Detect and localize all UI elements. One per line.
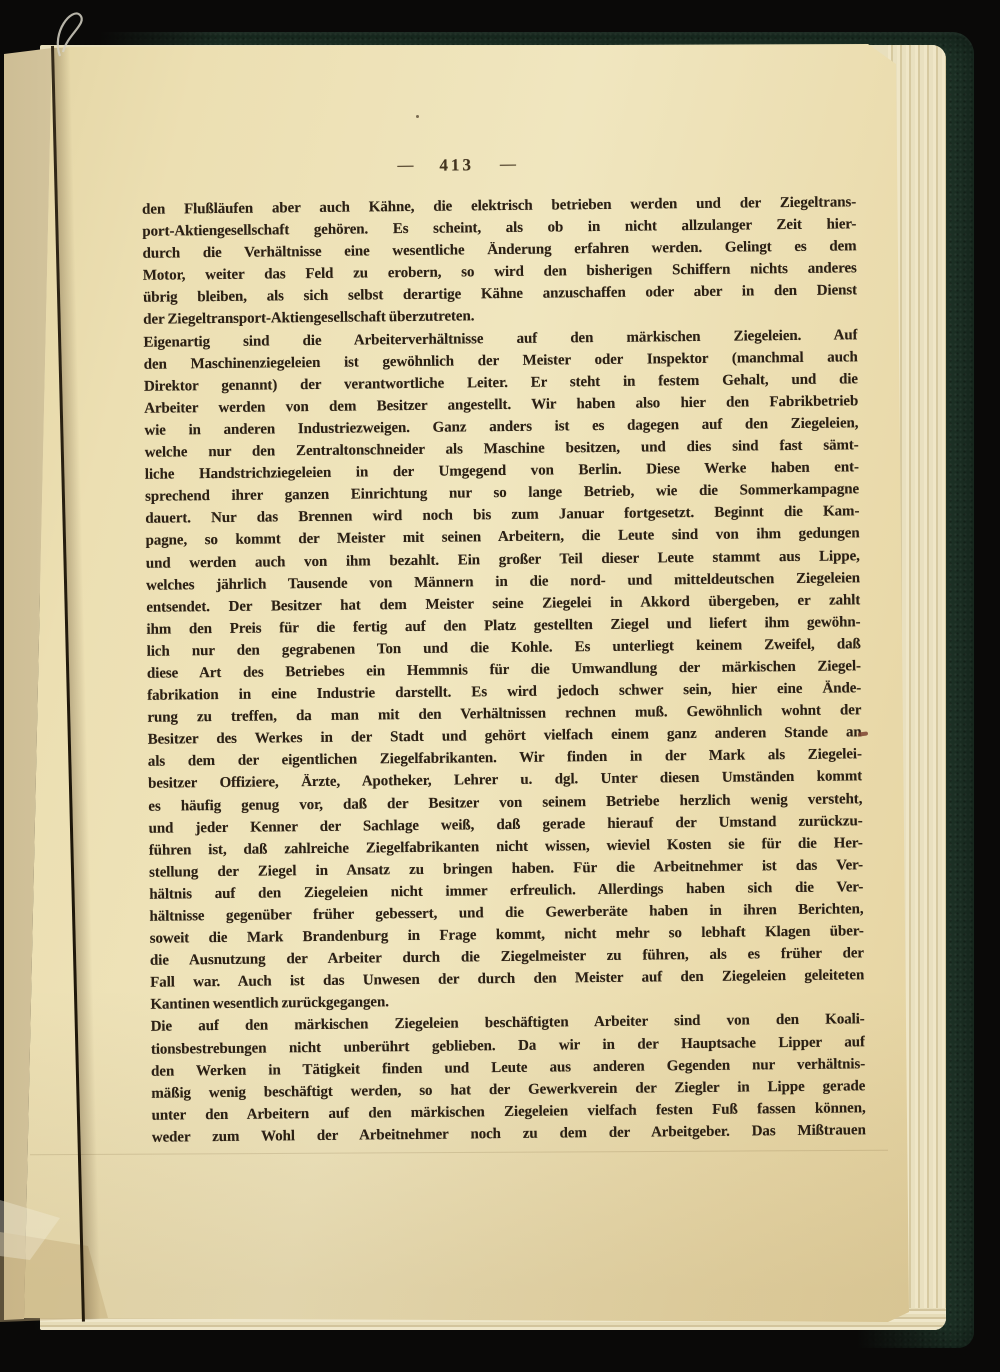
thread-fiber-icon xyxy=(48,2,110,64)
text-block: — 413 — den Flußläufen aber auch Kähne, … xyxy=(142,194,866,1151)
red-ink-speck xyxy=(858,731,868,736)
page-number: 413 xyxy=(439,155,474,175)
header-dash-right: — xyxy=(500,156,516,174)
book-page: — 413 — den Flußläufen aber auch Kähne, … xyxy=(0,0,1000,1372)
header-dash-left: — xyxy=(397,157,413,175)
ink-dot xyxy=(416,115,419,118)
page-header: — 413 — xyxy=(397,155,516,176)
book-scan: — 413 — den Flußläufen aber auch Kähne, … xyxy=(0,0,1000,1372)
paragraph-1: den Flußläufen aber auch Kähne, die elek… xyxy=(142,194,857,334)
paragraph-3: Die auf den märkischen Ziegeleien beschä… xyxy=(151,1012,866,1152)
paragraph-2: Eigenartig sind die Arbeiterverhältnisse… xyxy=(143,327,864,1019)
